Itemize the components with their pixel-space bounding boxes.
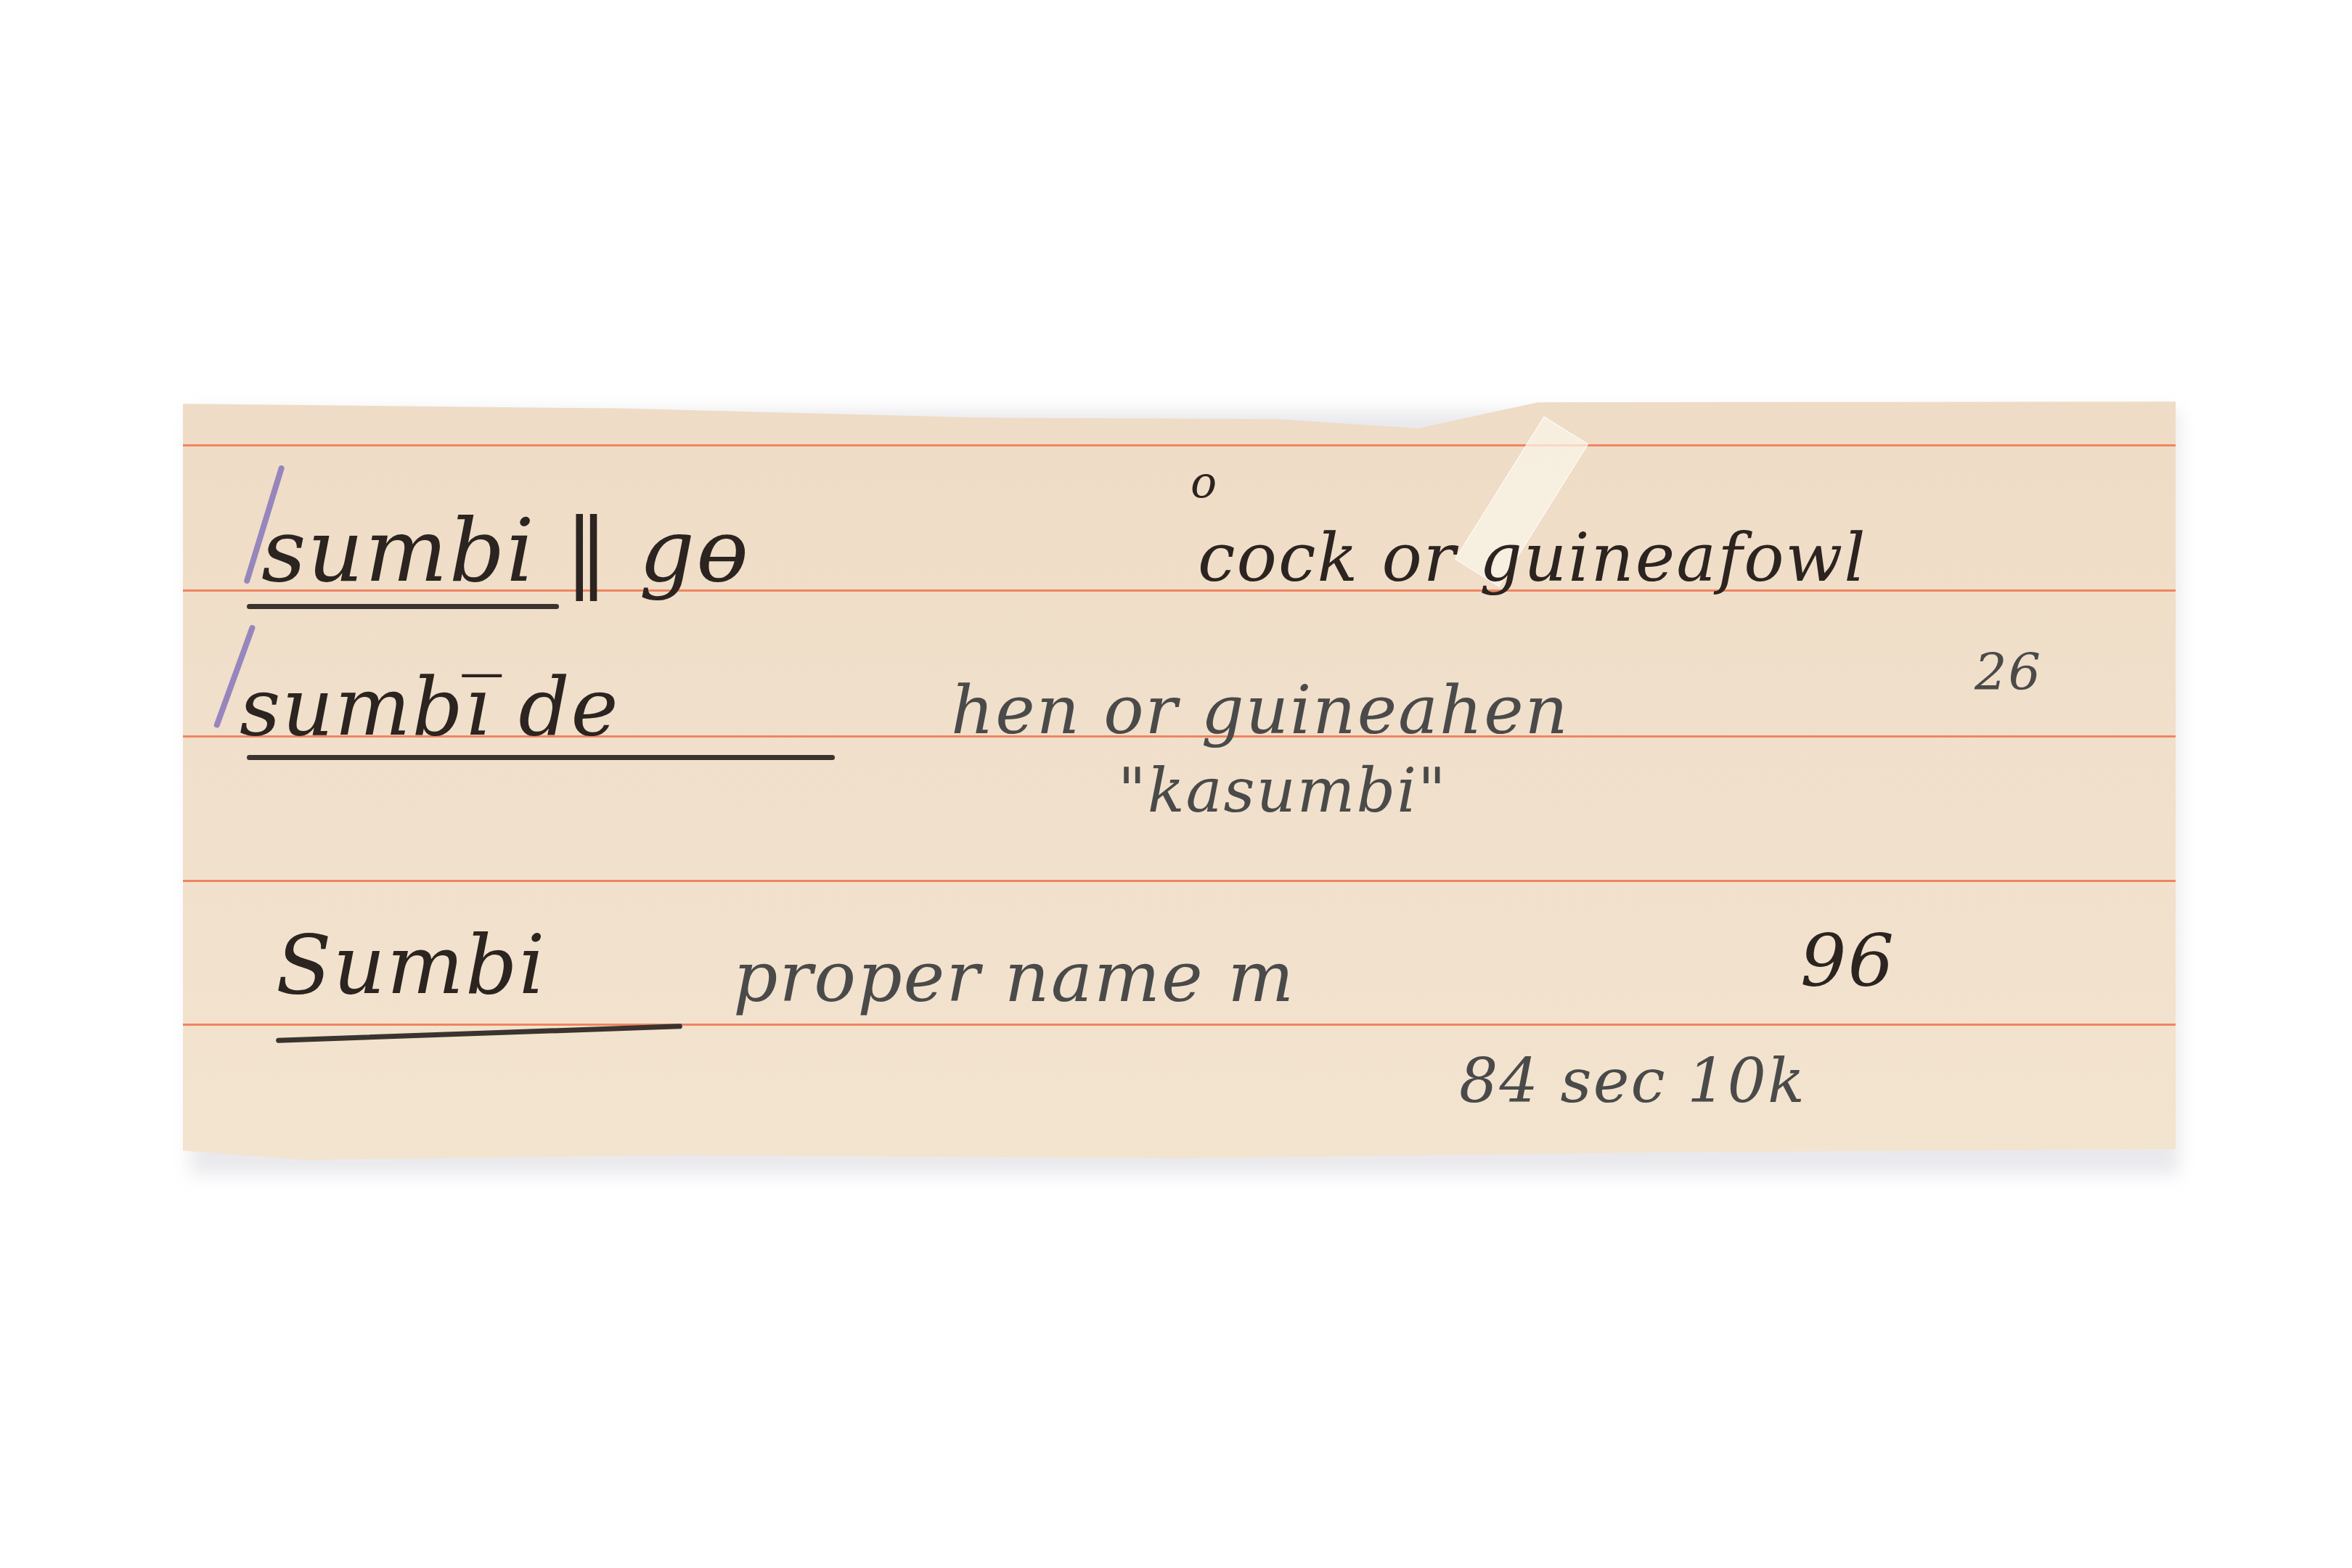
rule-line — [183, 880, 2176, 882]
entry-4-gloss: proper name m — [733, 936, 1295, 1018]
entry-3-note: "kasumbi" — [1118, 755, 1447, 826]
entry-1-superscript-mark: o — [1191, 457, 1218, 508]
entry-1-headword: sumbi ‖ gɵ — [261, 501, 750, 602]
entry-2-reference: 26 — [1975, 642, 2042, 702]
entry-4-headword: Sumbi — [276, 918, 547, 1013]
entry-2-underline — [247, 755, 835, 760]
entry-4-reference: 96 — [1800, 918, 1895, 1003]
rule-line — [183, 444, 2176, 446]
entry-1-underline — [247, 604, 559, 609]
rule-line — [183, 1024, 2176, 1026]
entry-1-gloss: cock or guineafowl — [1198, 519, 1867, 597]
entry-2-gloss: hen or guineahen — [951, 671, 1569, 749]
entry-2-headword: sumbi̅ de — [240, 661, 620, 754]
footer-note: 84 sec 10k — [1459, 1045, 1806, 1116]
